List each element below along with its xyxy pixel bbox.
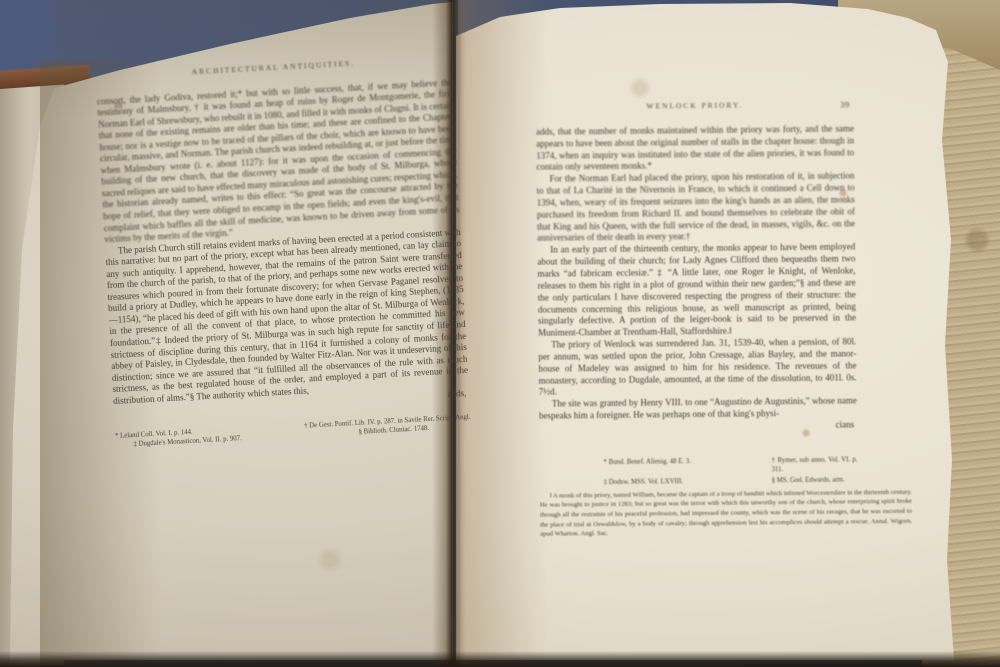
right-paragraph-1: adds, that the number of monks maintaine… bbox=[536, 123, 854, 174]
footnote: † Rymer, sub anno. Vol. VI. p. 311. bbox=[771, 455, 857, 475]
footnote: ‡ Dodsw. MSS. Vol. LXVIII. bbox=[604, 476, 772, 487]
bottom-shadow bbox=[0, 651, 1000, 667]
left-paragraph-1: consort, the lady Godiva, restored it;* … bbox=[97, 77, 461, 246]
right-page-text: WENLOCK PRIORY. 39 adds, that the number… bbox=[536, 98, 859, 539]
open-book-photo: ARCHITECTURAL ANTIQUITIES. 38 consort, t… bbox=[0, 0, 1000, 667]
left-paragraph-2: The parish Church still retains evident … bbox=[105, 227, 469, 408]
footnote-long: ‖ A monk of this priory, named William, … bbox=[540, 487, 912, 539]
right-footnotes: * Bund. Benef. Alienig. 48 E. 3. † Rymer… bbox=[539, 455, 858, 540]
footnote: § MS. God. Edwards, arm. bbox=[772, 475, 858, 485]
left-page-number: 38 bbox=[113, 100, 123, 112]
right-paragraph-4: The priory of Wenlock was surrendered Ja… bbox=[538, 336, 857, 399]
right-page-number: 39 bbox=[840, 99, 850, 111]
left-page-text: ARCHITECTURAL ANTIQUITIES. 38 consort, t… bbox=[95, 52, 471, 451]
right-page-gutter-shadow bbox=[458, 0, 548, 667]
right-paragraph-5: The site was granted by Henry VIII. to o… bbox=[539, 396, 857, 423]
right-paragraph-2: For the Norman Earl had placed the prior… bbox=[536, 171, 855, 245]
footnote: * Bund. Benef. Alienig. 48 E. 3. bbox=[603, 456, 771, 477]
right-running-header: WENLOCK PRIORY. bbox=[536, 98, 854, 113]
right-paragraph-3: In an early part of the thirteenth centu… bbox=[537, 242, 856, 340]
